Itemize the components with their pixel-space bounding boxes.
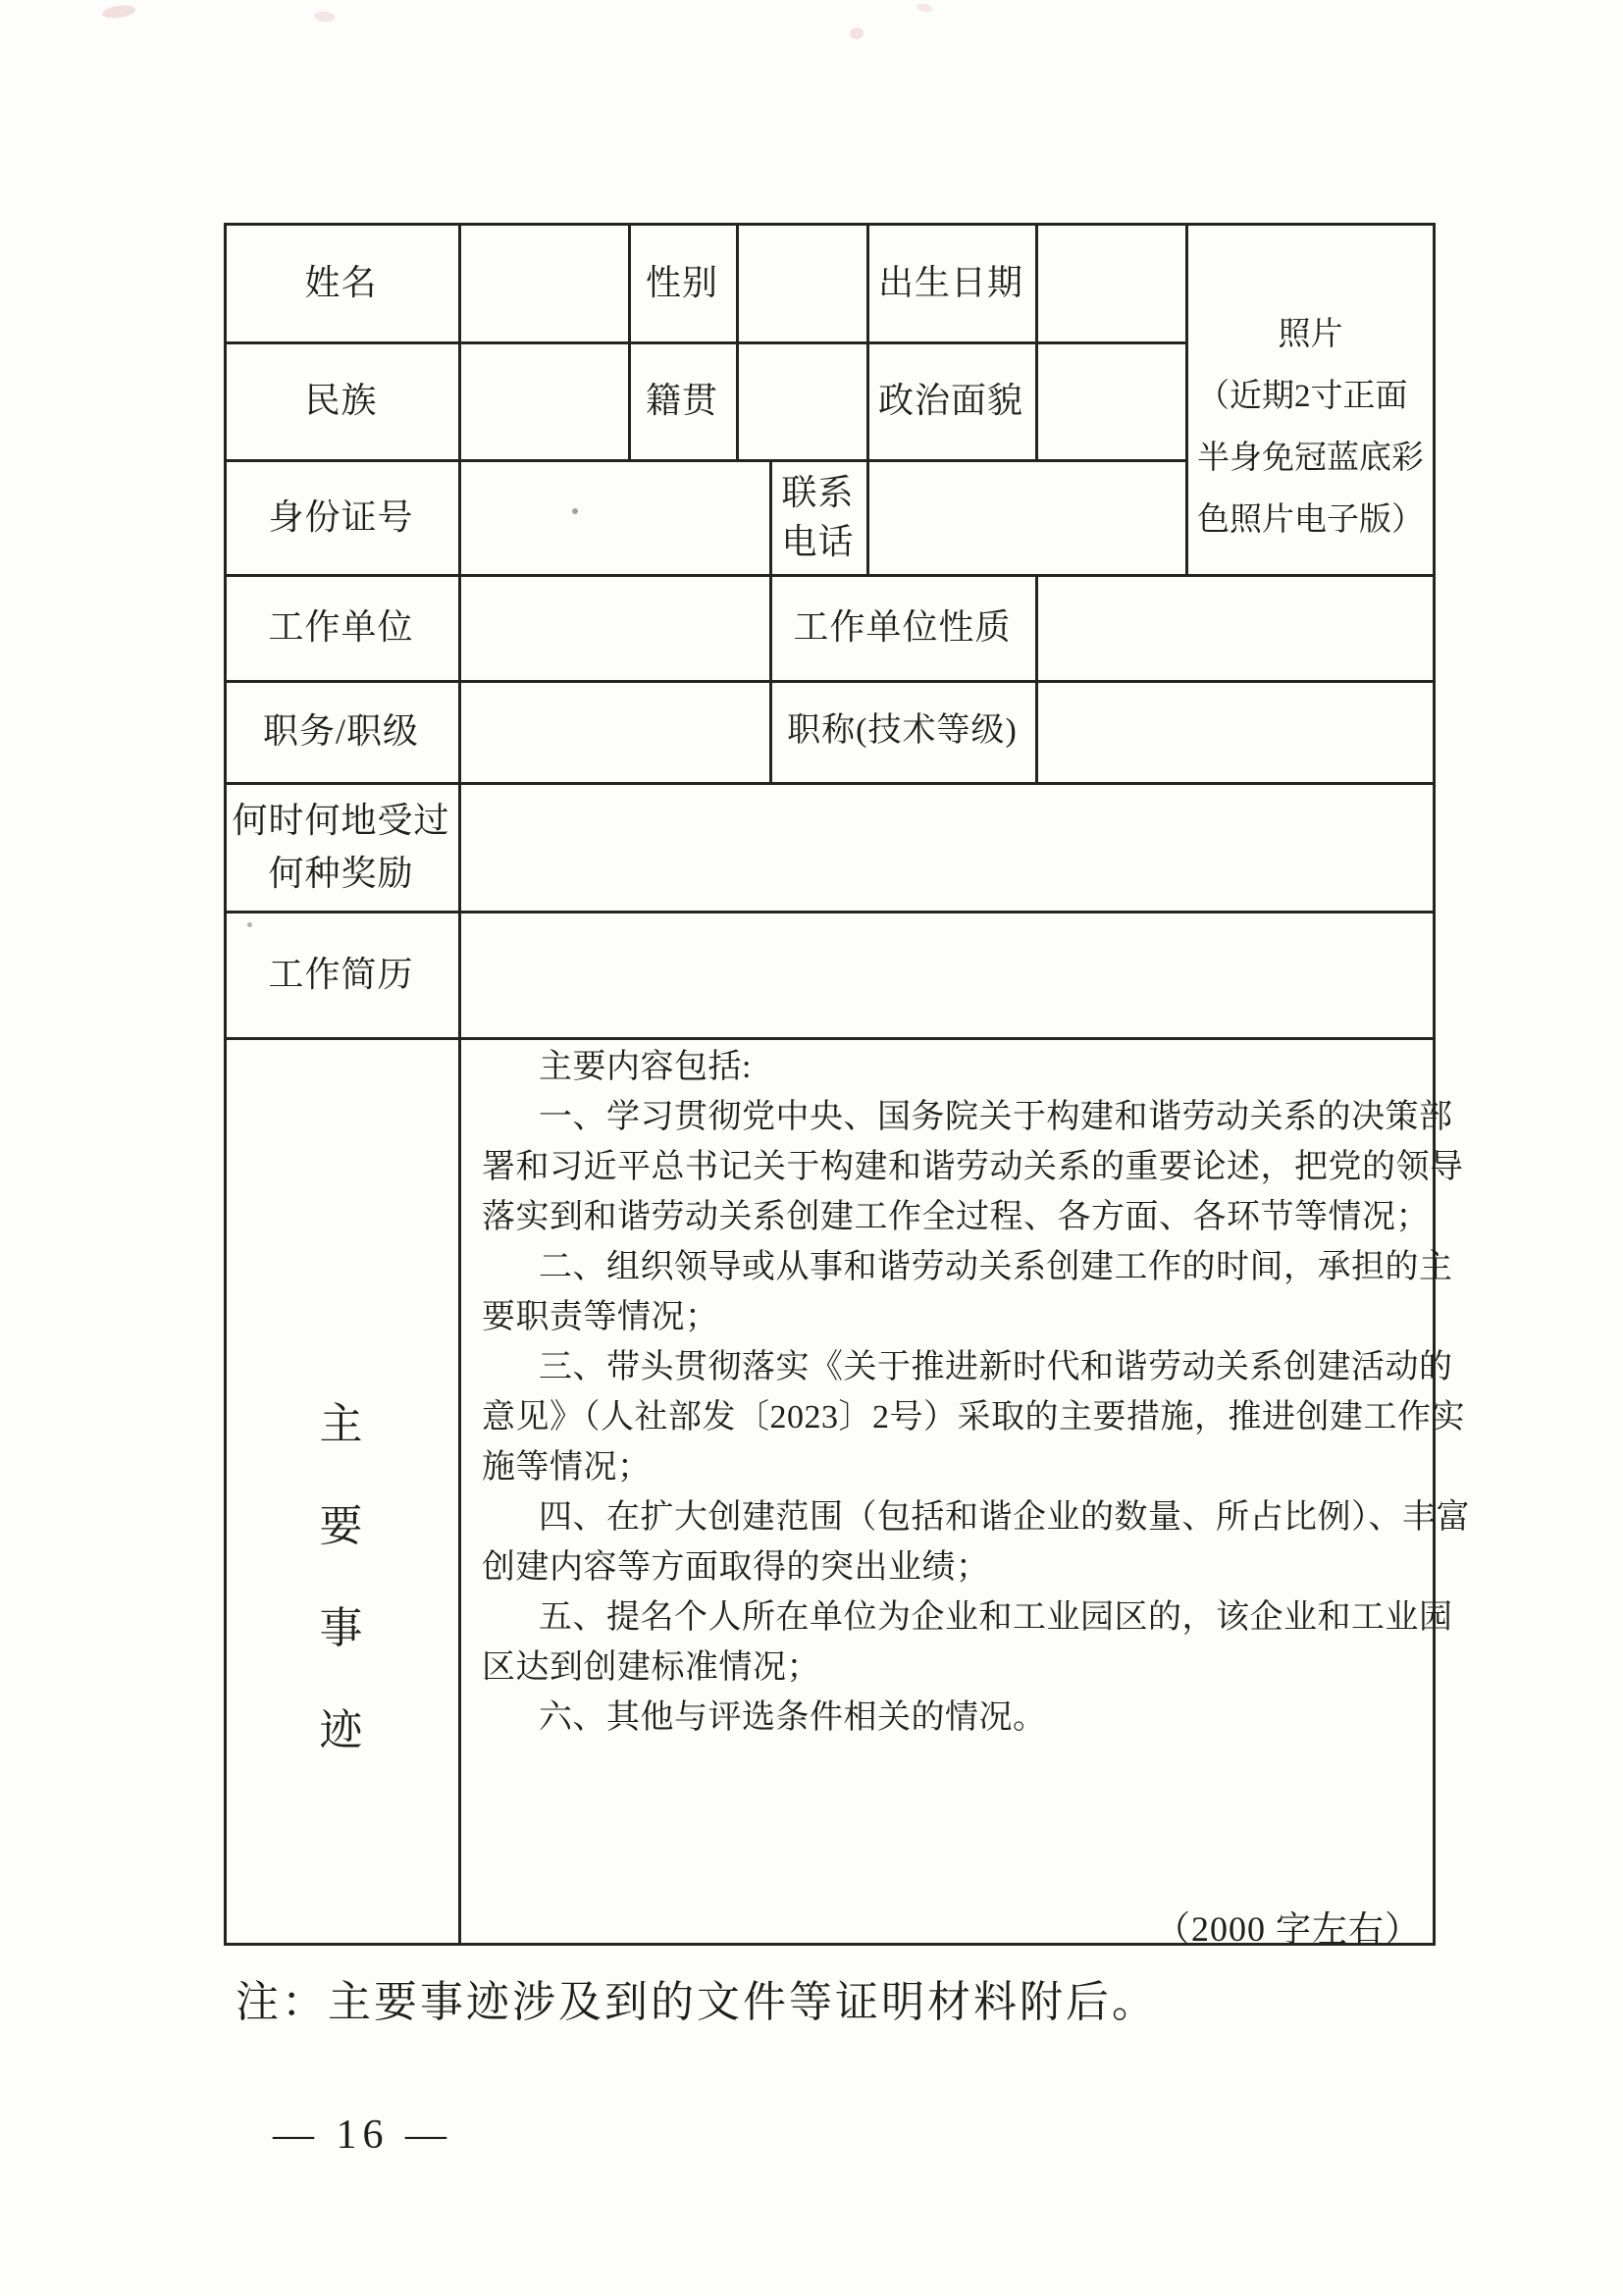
professional-title-label: 职称(技术等级) (769, 680, 1035, 782)
gender-label: 性别 (628, 223, 736, 341)
employer-type-label: 工作单位性质 (769, 574, 1035, 680)
name-label-text: 姓名 (304, 257, 377, 308)
main-deeds-content: 主要内容包括: 一、学习贯彻党中央、国务院关于构建和谐劳动关系的决策部 署和习近… (482, 1042, 1416, 1743)
main-deeds-label-char: 迹 (224, 1680, 458, 1782)
deeds-guideline-line: 一、学习贯彻党中央、国务院关于构建和谐劳动关系的决策部 (482, 1092, 1416, 1142)
professional-title-value-cell (1035, 680, 1436, 782)
photo-note-line: 色照片电子版） (1197, 490, 1424, 551)
ethnicity-label-text: 民族 (304, 375, 377, 426)
page-number: — 16 — (273, 2112, 452, 2159)
political-status-label-text: 政治面貌 (878, 375, 1023, 426)
birth-date-label: 出生日期 (866, 223, 1035, 341)
name-value-cell (458, 223, 628, 341)
deeds-guideline-line: 要职责等情况； (482, 1292, 1416, 1342)
scan-artifact (314, 11, 337, 23)
professional-title-label-text: 职称(技术等级) (787, 705, 1018, 757)
main-deeds-label-char: 事 (224, 1578, 458, 1680)
photo-placeholder-cell: 照片 （近期2寸正面 半身免冠蓝底彩 色照片电子版） (1185, 223, 1436, 574)
employer-value-cell (458, 574, 769, 680)
main-deeds-label-char: 主 (224, 1374, 458, 1476)
awards-value-cell (458, 782, 1436, 911)
photo-note-line: （近期2寸正面 (1197, 366, 1424, 428)
name-label: 姓名 (224, 223, 458, 341)
deeds-guideline-line: 落实到和谐劳动关系创建工作全过程、各方面、各环节等情况； (482, 1192, 1416, 1242)
main-deeds-label-char: 要 (224, 1476, 458, 1578)
gender-label-text: 性别 (646, 257, 718, 308)
deeds-guideline-line: 区达到创建标准情况； (482, 1643, 1416, 1693)
contact-phone-label-line2: 电话 (781, 517, 854, 566)
contact-phone-value-cell (866, 459, 1185, 574)
id-number-label-text: 身份证号 (268, 492, 413, 543)
photo-note-line: 半身免冠蓝底彩 (1197, 428, 1424, 490)
employer-type-value-cell (1035, 574, 1436, 680)
deeds-guideline-line: 五、提名个人所在单位为企业和工业园区的，该企业和工业园 (482, 1592, 1416, 1643)
native-place-label: 籍贯 (628, 341, 736, 459)
id-number-label: 身份证号 (224, 459, 458, 574)
id-number-value-cell (458, 459, 769, 574)
awards-label-line2: 何种奖励 (268, 847, 413, 900)
scan-artifact (850, 27, 864, 39)
birth-date-label-text: 出生日期 (878, 257, 1023, 308)
deeds-guideline-line: 三、带头贯彻落实《关于推进新时代和谐劳动关系创建活动的 (482, 1342, 1416, 1392)
grid-line (224, 1037, 1436, 1040)
word-limit-note: （2000 字左右） (1155, 1902, 1421, 1952)
scanned-form-page: 姓名 性别 出生日期 照片 （近期2寸正面 半身免冠蓝底彩 色照片电子版） 民族… (0, 0, 1623, 2296)
deeds-guideline-line: 署和习近平总书记关于构建和谐劳动关系的重要论述，把党的领导 (482, 1142, 1416, 1192)
scan-artifact (916, 3, 932, 14)
position-rank-label: 职务/职级 (224, 680, 458, 782)
main-deeds-label: 主 要 事 迹 (224, 1374, 458, 1782)
contact-phone-label: 联系 电话 (769, 459, 866, 574)
deeds-guideline-line: 施等情况； (482, 1442, 1416, 1492)
scan-artifact (101, 4, 135, 21)
photo-note-line: 照片 (1197, 304, 1424, 366)
deeds-guideline-line: 六、其他与评选条件相关的情况。 (482, 1693, 1416, 1743)
ethnicity-label: 民族 (224, 341, 458, 459)
employer-label: 工作单位 (224, 574, 458, 680)
deeds-guideline-line: 主要内容包括: (482, 1042, 1416, 1092)
deeds-guideline-line: 创建内容等方面取得的突出业绩； (482, 1542, 1416, 1592)
work-resume-label-text: 工作简历 (268, 949, 413, 1000)
native-place-label-text: 籍贯 (646, 375, 718, 426)
contact-phone-label-line1: 联系 (781, 468, 854, 517)
employer-label-text: 工作单位 (268, 601, 413, 652)
deeds-guideline-line: 意见》（人社部发〔2023〕2号）采取的主要措施，推进创建工作实 (482, 1392, 1416, 1442)
position-rank-label-text: 职务/职级 (263, 705, 419, 757)
birth-date-value-cell (1035, 223, 1185, 341)
political-status-value-cell (1035, 341, 1185, 459)
native-place-value-cell (736, 341, 866, 459)
work-resume-label: 工作简历 (224, 911, 458, 1037)
political-status-label: 政治面貌 (866, 341, 1035, 459)
awards-label: 何时何地受过 何种奖励 (224, 782, 458, 911)
gender-value-cell (736, 223, 866, 341)
employer-type-label-text: 工作单位性质 (793, 601, 1011, 652)
footer-note: 注：主要事迹涉及到的文件等证明材料附后。 (236, 1966, 1158, 2029)
ethnicity-value-cell (458, 341, 628, 459)
awards-label-line1: 何时何地受过 (232, 794, 449, 847)
work-resume-value-cell (458, 911, 1436, 1037)
position-rank-value-cell (458, 680, 769, 782)
deeds-guideline-line: 四、在扩大创建范围（包括和谐企业的数量、所占比例）、丰富 (482, 1492, 1416, 1542)
deeds-guideline-line: 二、组织领导或从事和谐劳动关系创建工作的时间，承担的主 (482, 1242, 1416, 1292)
